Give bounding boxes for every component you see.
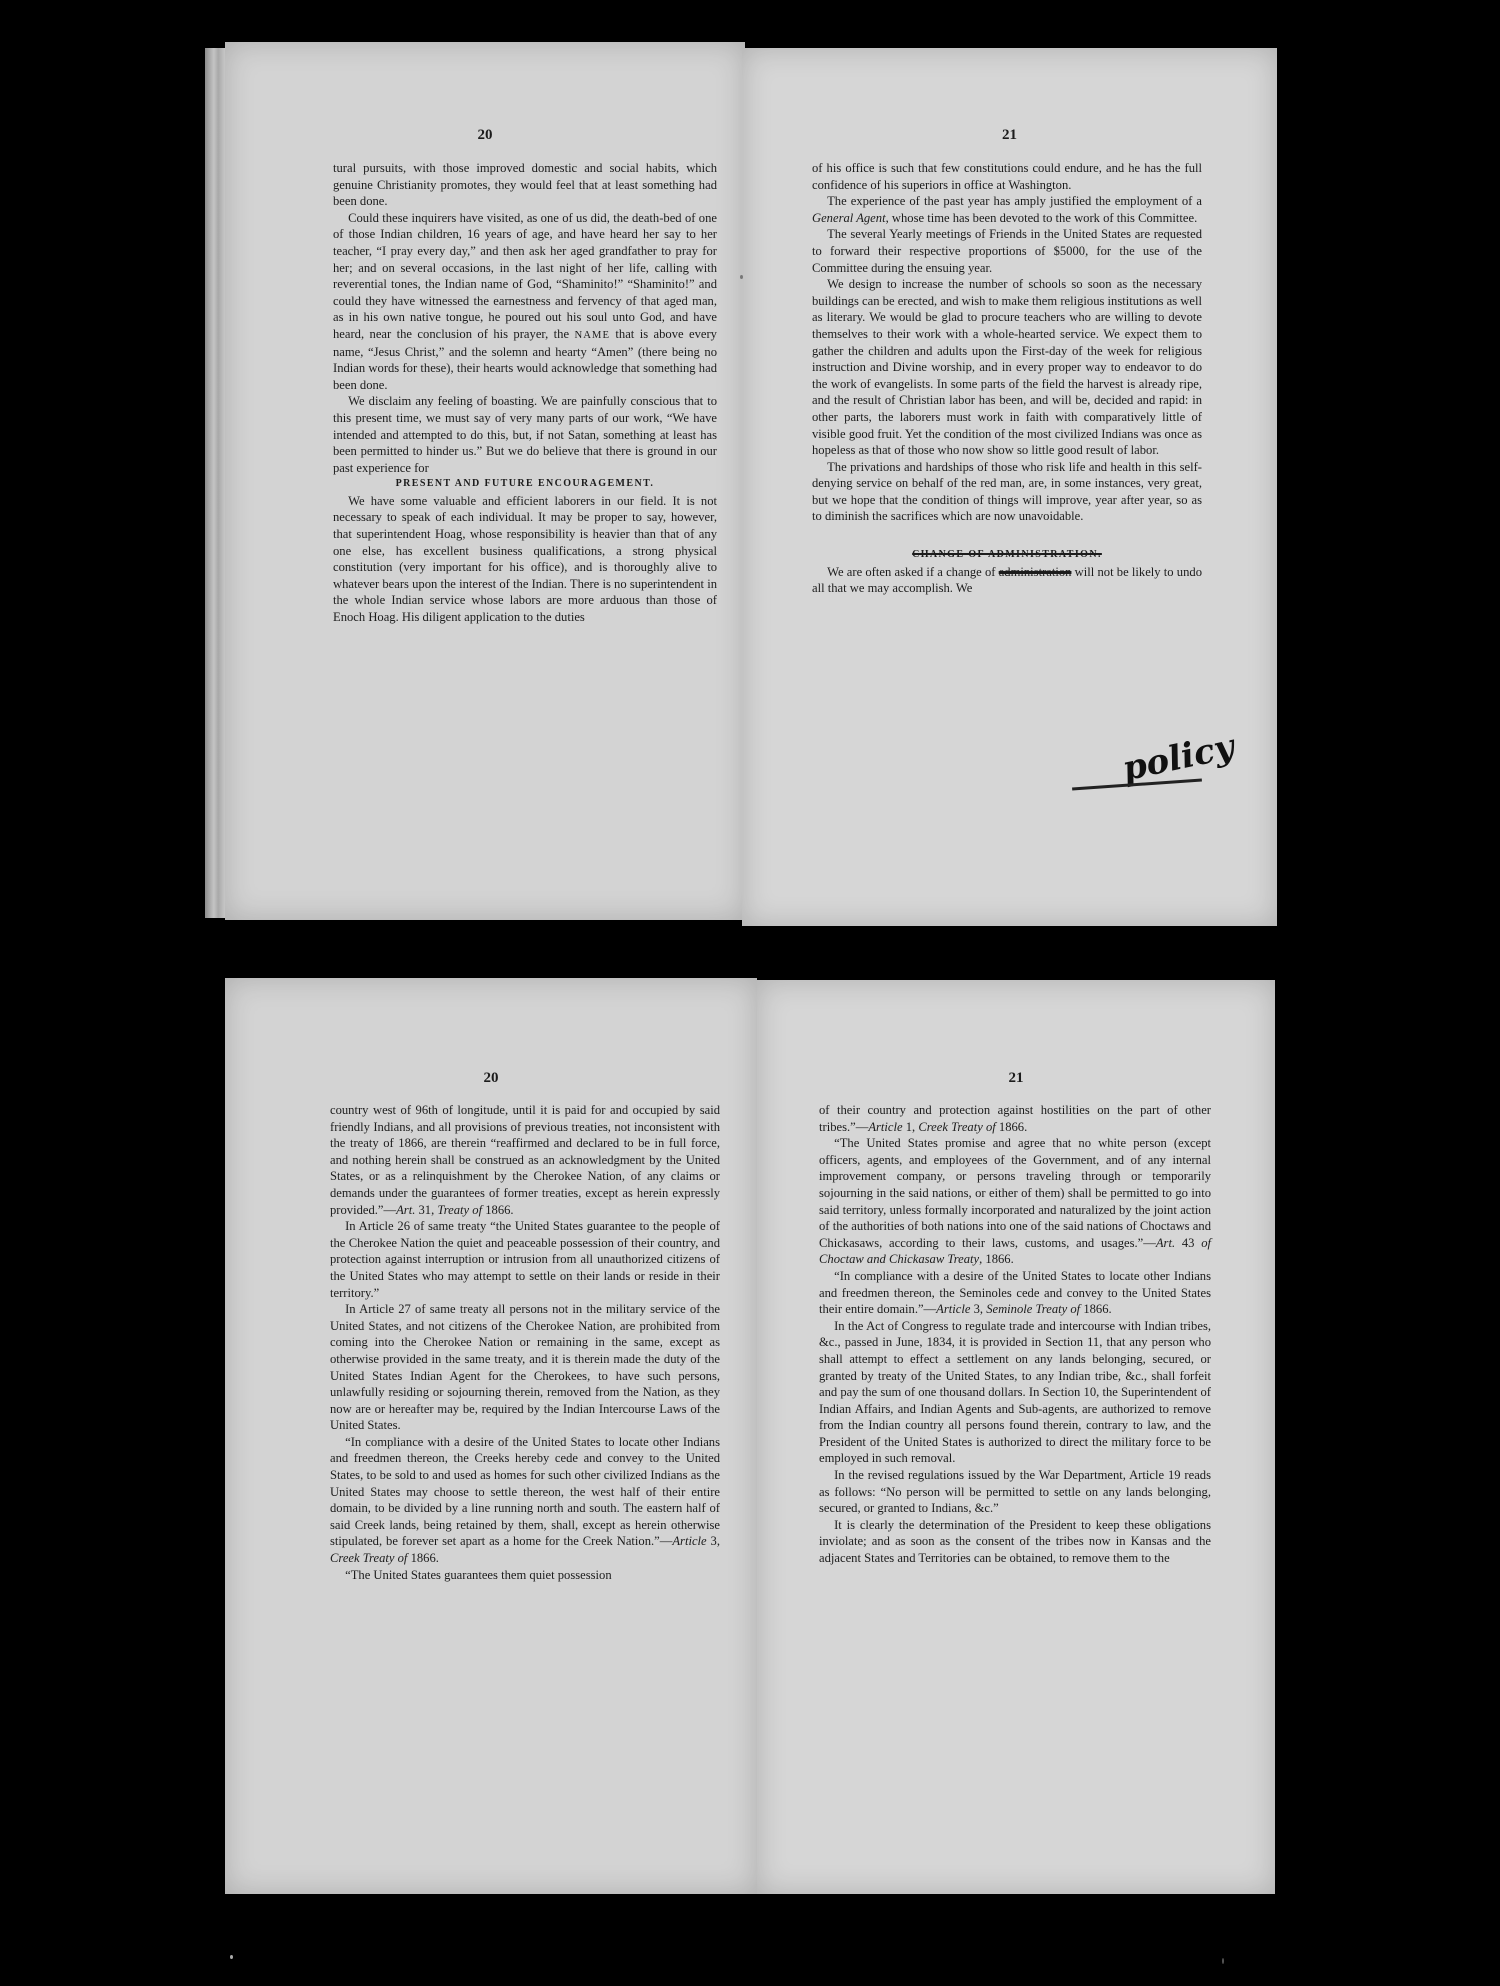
paragraph: “In compliance with a desire of the Unit… <box>330 1434 720 1567</box>
paragraph: In the Act of Congress to regulate trade… <box>819 1318 1211 1467</box>
paragraph: In the revised regulations issued by the… <box>819 1467 1211 1517</box>
page-body: of their country and protection against … <box>819 1102 1211 1567</box>
page-number: 20 <box>225 1070 757 1087</box>
ink-speck <box>230 1955 233 1959</box>
paragraph: of their country and protection against … <box>819 1102 1211 1135</box>
paragraph: country west of 96th of longitude, until… <box>330 1102 720 1218</box>
right-page-bottom: 21 of their country and protection again… <box>757 980 1275 1894</box>
bottom-book-spread: 20 country west of 96th of longitude, un… <box>0 0 1500 1986</box>
page-number: 21 <box>757 1070 1275 1087</box>
paragraph: “The United States promise and agree tha… <box>819 1135 1211 1268</box>
left-page-bottom: 20 country west of 96th of longitude, un… <box>225 978 757 1894</box>
paragraph: “In compliance with a desire of the Unit… <box>819 1268 1211 1318</box>
ink-speck <box>1222 1958 1224 1964</box>
paragraph: In Article 26 of same treaty “the United… <box>330 1218 720 1301</box>
paragraph: It is clearly the determination of the P… <box>819 1517 1211 1567</box>
page-body: country west of 96th of longitude, until… <box>330 1102 720 1583</box>
paragraph: “The United States guarantees them quiet… <box>330 1567 720 1584</box>
paragraph: In Article 27 of same treaty all persons… <box>330 1301 720 1434</box>
